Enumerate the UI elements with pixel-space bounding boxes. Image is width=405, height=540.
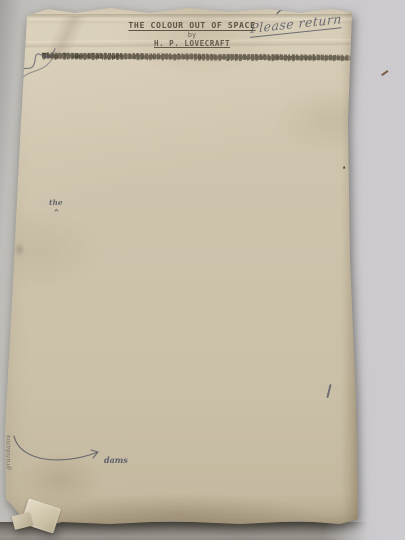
typed-line: westward tangle of glens and slopes for …	[42, 50, 358, 52]
inserted-word-the: the	[49, 198, 63, 207]
pencil-flourish	[276, 5, 303, 16]
photo-backdrop: THE COLOUR OUT OF SPACE by H. P. LOVECRA…	[0, 0, 405, 540]
manuscript-page-wrap: THE COLOUR OUT OF SPACE by H. P. LOVECRA…	[0, 0, 405, 540]
stray-pencil-stroke	[326, 384, 331, 398]
author-name: H. P. LOVECRAFT	[20, 39, 364, 48]
pencil-smudge	[14, 242, 25, 257]
margin-arrow	[12, 432, 114, 470]
manuscript-page: THE COLOUR OUT OF SPACE by H. P. LOVECRA…	[0, 0, 364, 530]
insertion-caret: ^	[54, 208, 59, 217]
folded-corner-fragment	[12, 512, 33, 530]
margin-note-grandams: grandams	[4, 400, 12, 470]
illegible-pencil-scribble	[13, 42, 65, 87]
byline: by	[20, 31, 364, 39]
illegible-margin-scrawl	[0, 396, 5, 474]
typed-text-block: West of Arkham the hills rise wild, and …	[42, 50, 358, 52]
margin-caret-mark: ▴	[342, 163, 346, 171]
